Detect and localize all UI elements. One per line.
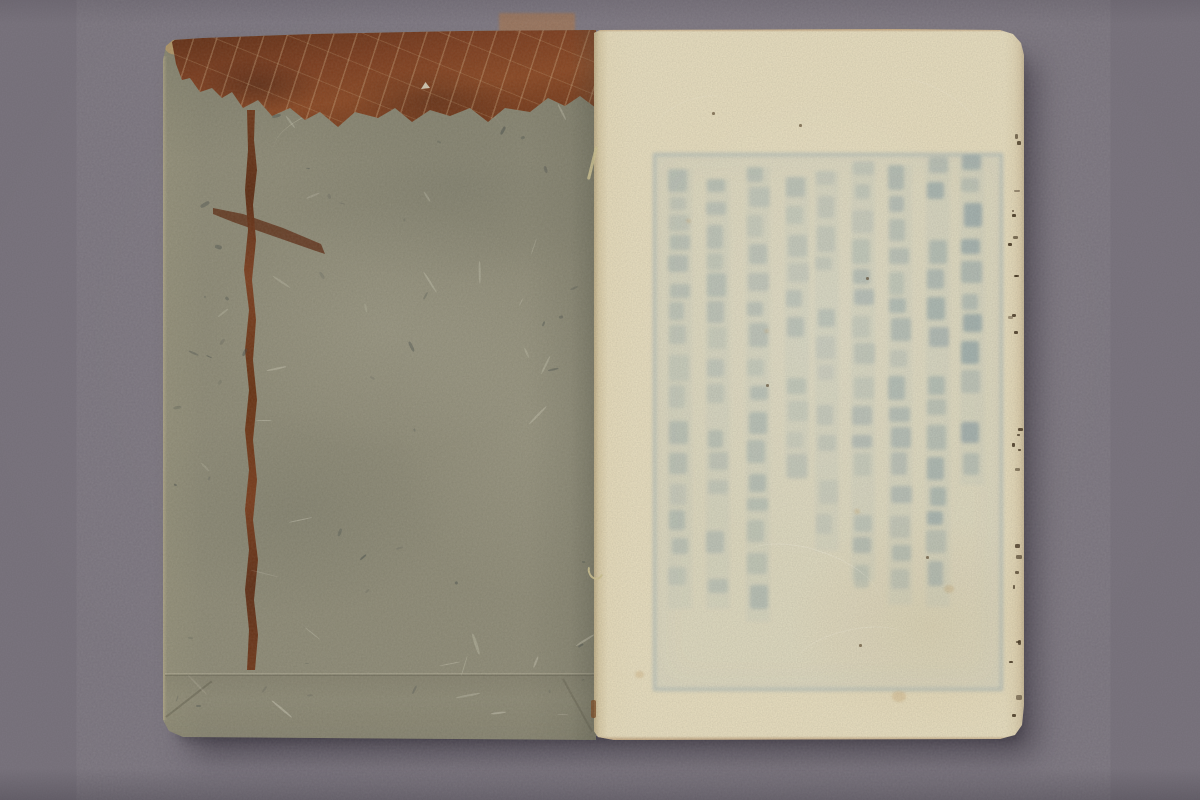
- paper-fleck-dark: [224, 296, 229, 301]
- paper-fleck-dark: [188, 350, 199, 357]
- paper-fleck-dark: [174, 484, 178, 487]
- cover-fiber-flecks: [163, 30, 596, 740]
- paper-fleck-dark: [408, 341, 415, 352]
- paper-fleck-dark: [548, 689, 551, 692]
- paper-fiber-light: [519, 298, 524, 306]
- paper-fiber-light: [478, 261, 481, 284]
- fore-edge-speck: [1018, 428, 1023, 431]
- paper-fleck-dark: [499, 126, 506, 136]
- fore-edge-speck: [1015, 134, 1018, 139]
- fore-edge-speck: [1015, 544, 1020, 548]
- paper-fleck-dark: [370, 376, 375, 380]
- fore-edge-speck: [1015, 468, 1020, 471]
- fore-edge-specks: [594, 29, 1024, 740]
- paper-fleck-dark: [403, 218, 406, 222]
- fore-edge-speck: [1016, 555, 1021, 559]
- paper-fleck-dark: [396, 546, 403, 550]
- fore-edge-speck: [1008, 316, 1012, 320]
- fore-edge-speck: [1016, 695, 1021, 700]
- paper-fleck-dark: [173, 405, 182, 410]
- fore-edge-speck: [1014, 331, 1018, 334]
- paper-fleck-dark: [242, 348, 248, 356]
- paper-fleck-dark: [543, 166, 548, 174]
- paper-fleck-dark: [217, 379, 223, 385]
- inside-front-cover: [163, 30, 596, 740]
- paper-fleck-dark: [307, 694, 313, 697]
- fore-edge-speck: [1018, 449, 1021, 451]
- fore-edge-speck: [1017, 434, 1020, 436]
- paper-fleck-dark: [319, 271, 326, 279]
- paper-fleck-dark: [360, 554, 368, 561]
- paper-fiber-light: [530, 238, 537, 255]
- paper-fiber-light: [557, 714, 568, 716]
- paper-fleck-dark: [582, 561, 585, 563]
- paper-fleck-dark: [261, 686, 267, 693]
- paper-fleck-dark: [187, 636, 193, 639]
- fore-edge-speck: [1008, 243, 1012, 246]
- paper-fiber-light: [305, 628, 320, 641]
- paper-fleck-dark: [271, 113, 280, 119]
- paper-fiber-light: [267, 366, 287, 372]
- paper-fleck-dark: [423, 292, 428, 299]
- paper-fleck-dark: [204, 296, 207, 299]
- paper-fiber-light: [271, 700, 292, 718]
- paper-fleck-dark: [214, 244, 221, 249]
- paper-fleck-dark: [559, 316, 564, 319]
- paper-fiber-light: [256, 419, 272, 421]
- fore-edge-speck: [1013, 236, 1018, 240]
- paper-fleck-dark: [305, 662, 309, 663]
- paper-fiber-light: [306, 192, 320, 199]
- paper-fleck-dark: [306, 168, 311, 170]
- paper-fiber-light: [523, 347, 530, 358]
- paper-fleck-dark: [327, 194, 331, 199]
- paper-fiber-light: [272, 275, 291, 289]
- fore-edge-speck: [1012, 714, 1016, 717]
- paper-fleck-dark: [176, 696, 179, 702]
- fore-edge-speck: [1017, 141, 1021, 145]
- paper-fleck-dark: [542, 321, 546, 327]
- fore-edge-speck: [1014, 190, 1019, 192]
- paper-fiber-light: [460, 656, 467, 676]
- paper-fleck-dark: [337, 528, 342, 536]
- paper-fiber-light: [187, 675, 207, 696]
- paper-fleck-dark: [219, 338, 225, 345]
- paper-fleck-dark: [200, 201, 210, 209]
- paper-fiber-light: [250, 569, 278, 577]
- fore-edge-speck: [1015, 571, 1019, 574]
- fore-edge-speck: [1012, 443, 1015, 447]
- paper-fiber-light: [540, 356, 550, 374]
- paper-fleck-dark: [339, 202, 345, 205]
- paper-fiber-light: [289, 517, 312, 523]
- paper-fiber-light: [439, 660, 460, 665]
- paper-fiber-light: [532, 656, 538, 668]
- paper-fiber-light: [528, 405, 547, 425]
- paper-fiber-light: [456, 692, 481, 699]
- paper-fiber-light: [557, 103, 567, 120]
- paper-fiber-light: [491, 711, 506, 715]
- paper-fiber-light: [575, 633, 595, 647]
- paper-fleck-dark: [570, 285, 578, 290]
- paper-fleck-dark: [412, 685, 418, 694]
- paper-fiber-light: [285, 115, 295, 128]
- fore-edge-speck: [1013, 585, 1015, 589]
- paper-fiber-light: [363, 303, 367, 313]
- stitch-knot: [591, 700, 596, 718]
- orange-sticker-tab: [499, 13, 575, 32]
- fore-edge-speck: [1012, 214, 1016, 217]
- fore-edge-speck: [1009, 661, 1013, 664]
- paper-fleck-dark: [413, 428, 416, 432]
- paper-fiber-light: [423, 192, 431, 204]
- paper-fiber-light: [218, 308, 229, 317]
- paper-fiber-light: [200, 462, 210, 472]
- paper-fleck-dark: [437, 140, 442, 144]
- paper-fleck-dark: [206, 355, 212, 359]
- paper-fleck-dark: [548, 367, 559, 372]
- fore-edge-speck: [1012, 210, 1015, 212]
- fore-edge-speck: [1018, 640, 1021, 645]
- paper-fleck-dark: [207, 476, 211, 480]
- photo-backdrop: [0, 0, 1200, 800]
- paper-fleck-dark: [582, 678, 585, 680]
- paper-fleck-dark: [365, 589, 370, 594]
- paper-fleck-dark: [521, 136, 526, 140]
- paper-fiber-light: [423, 272, 437, 293]
- paper-fleck-dark: [454, 581, 458, 585]
- paper-fiber-light: [471, 633, 480, 655]
- first-leaf-page: [594, 29, 1024, 740]
- paper-fleck-dark: [196, 705, 201, 707]
